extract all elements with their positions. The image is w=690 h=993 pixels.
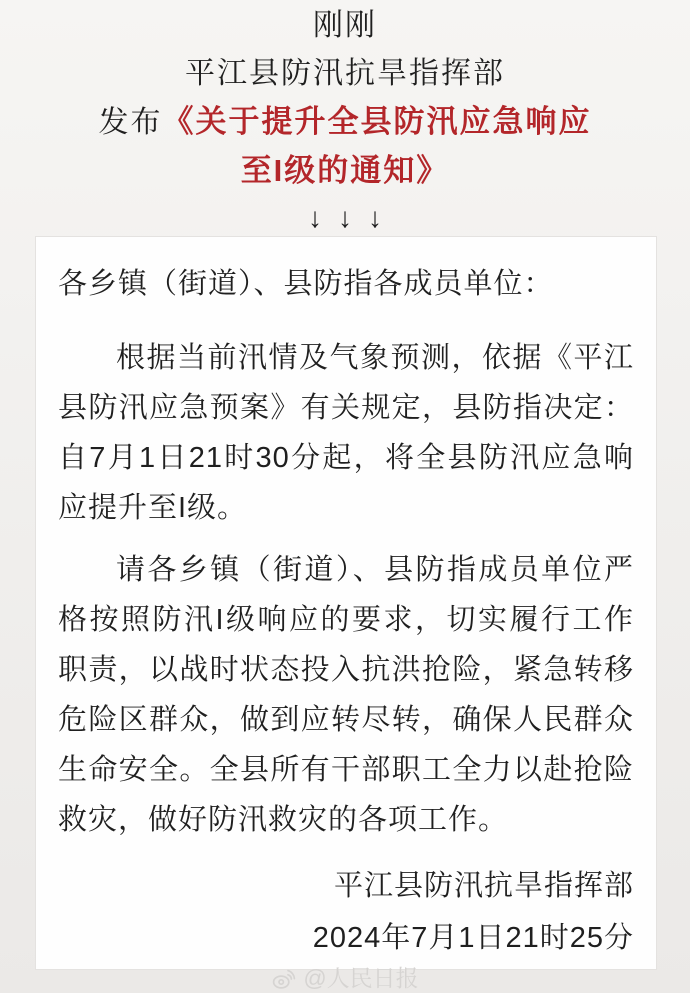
notice-paragraph-2: 请各乡镇（街道）、县防指成员单位严格按照防汛I级响应的要求，切实履行工作职责，以… — [58, 545, 634, 845]
header-title-red-part2: 至I级的通知》 — [241, 153, 450, 188]
header-title-line1: 发布《关于提升全县防汛应急响应 — [0, 98, 690, 147]
header-timestamp: 刚刚 — [0, 2, 690, 50]
header: 刚刚 平江县防汛抗旱指挥部 发布《关于提升全县防汛应急响应 至I级的通知》 ↓↓… — [0, 0, 690, 240]
notice-signature: 平江县防汛抗旱指挥部 — [58, 861, 634, 911]
notice-salutation: 各乡镇（街道）、县防指各成员单位： — [58, 259, 634, 309]
header-issuer: 平江县防汛抗旱指挥部 — [0, 50, 690, 98]
notice-paragraph-1: 根据当前汛情及气象预测，依据《平江县防汛应急预案》有关规定，县防指决定：自7月1… — [58, 333, 634, 533]
header-title-red-part1: 《关于提升全县防汛应急响应 — [163, 104, 592, 139]
notice-date: 2024年7月1日21时25分 — [58, 913, 634, 963]
header-title-line2: 至I级的通知》 — [0, 147, 690, 196]
header-title-prefix: 发布 — [99, 106, 163, 139]
announcement-page: 刚刚 平江县防汛抗旱指挥部 发布《关于提升全县防汛应急响应 至I级的通知》 ↓↓… — [0, 0, 690, 993]
notice-card: 各乡镇（街道）、县防指各成员单位： 根据当前汛情及气象预测，依据《平江县防汛应急… — [35, 236, 657, 970]
down-arrows-icon: ↓↓↓ — [0, 196, 690, 240]
